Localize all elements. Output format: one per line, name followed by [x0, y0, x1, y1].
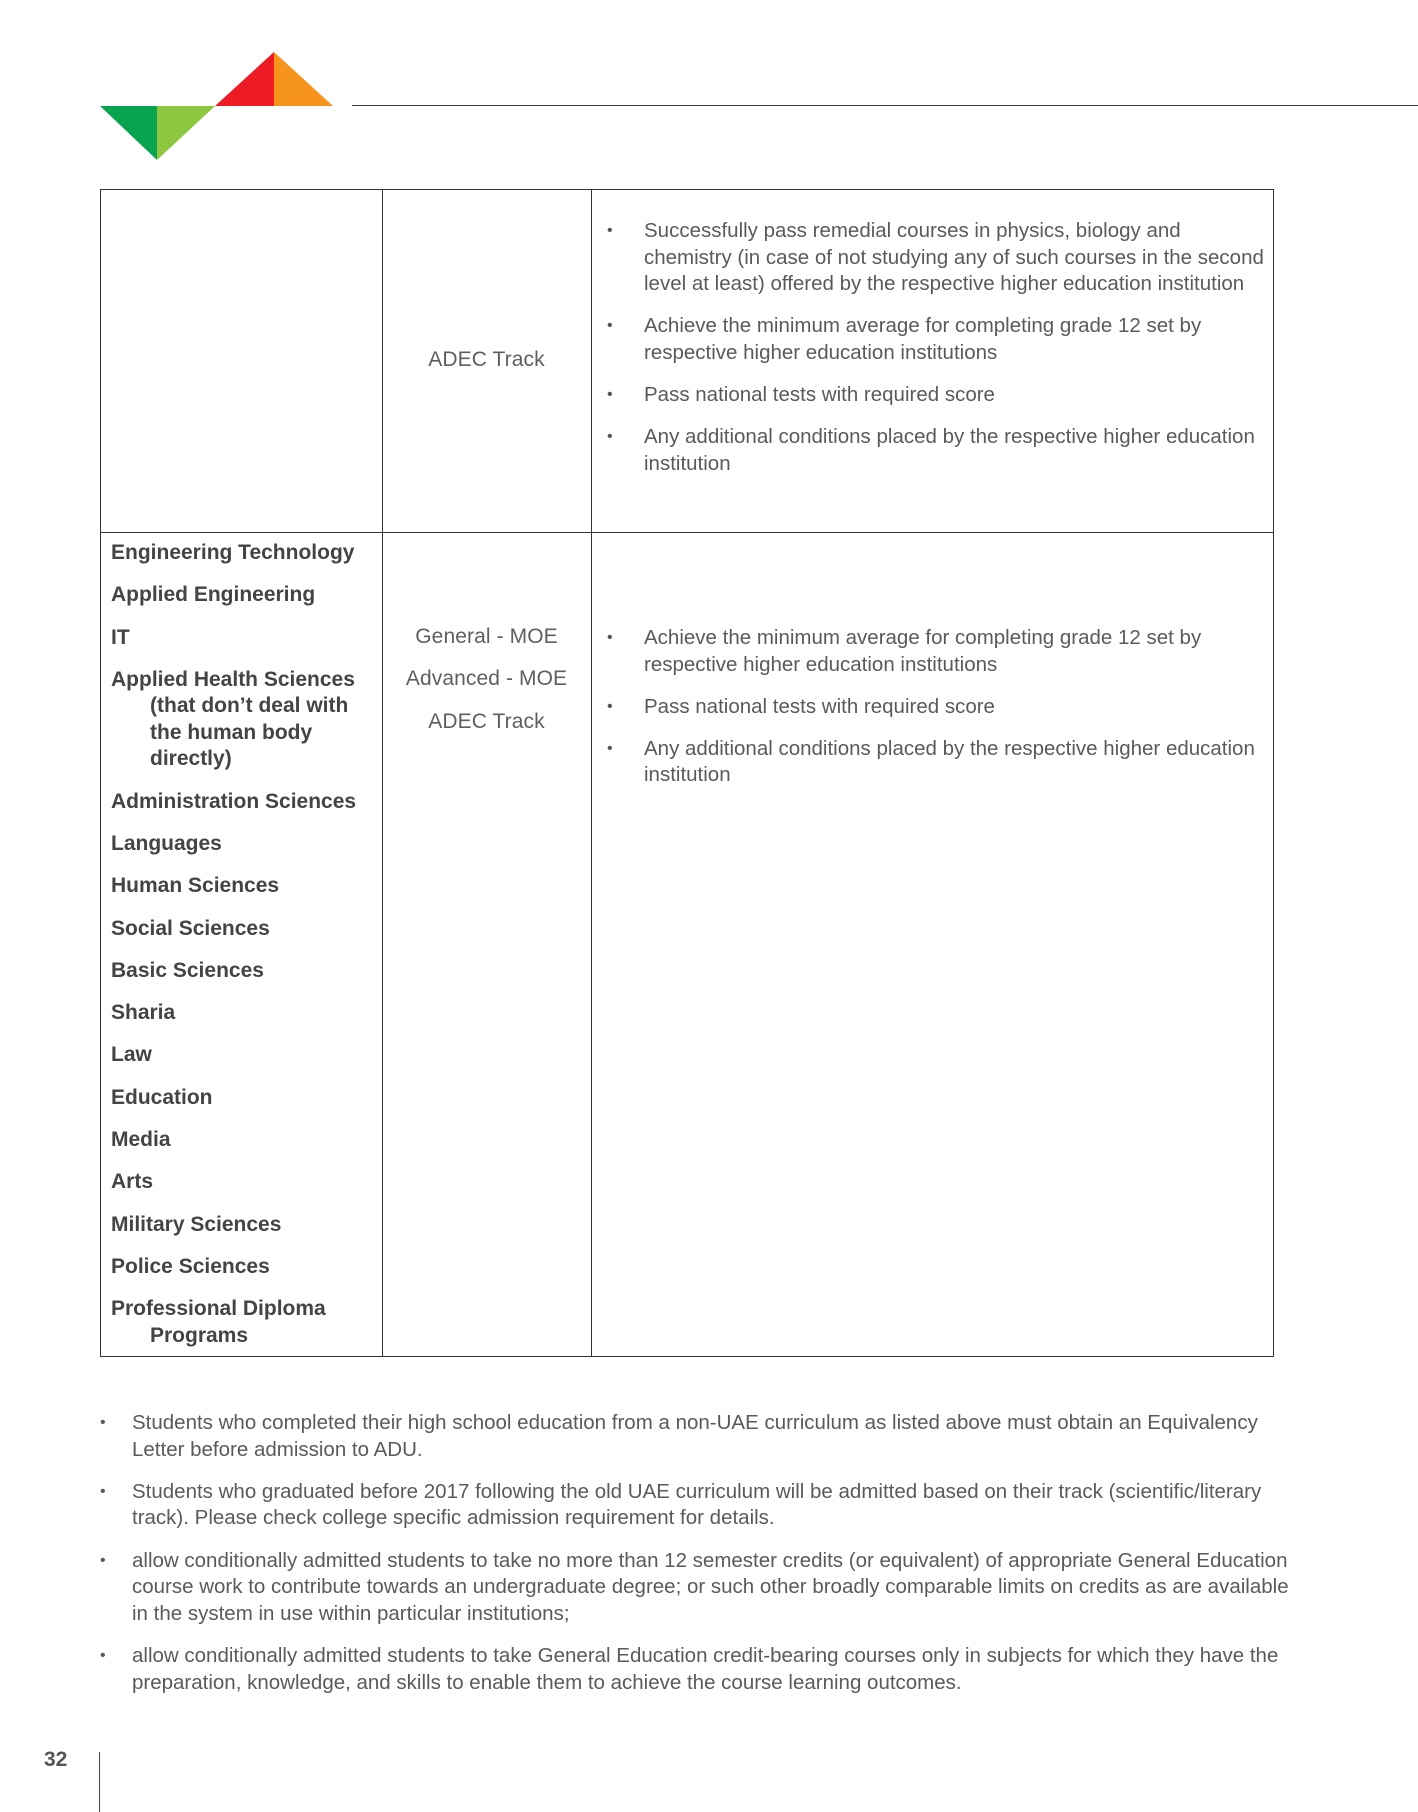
program-name: Basic Sciences	[111, 958, 376, 985]
programs-cell-row-2: Engineering TechnologyApplied Engineerin…	[111, 540, 376, 1365]
bullet-icon: •	[100, 1410, 106, 1437]
program-name: IT	[111, 625, 376, 652]
logo-light-green-triangle	[157, 106, 215, 160]
requirements-list: •Achieve the minimum average for complet…	[592, 625, 1272, 789]
program-name: Police Sciences	[111, 1254, 376, 1281]
admission-requirements-table: ADEC Track •Successfully pass remedial c…	[100, 189, 1274, 1357]
bullet-icon: •	[607, 382, 613, 409]
requirements-cell-row-1: •Successfully pass remedial courses in p…	[592, 218, 1272, 493]
list-item-text: Achieve the minimum average for completi…	[644, 626, 1201, 676]
list-item-text: Students who completed their high school…	[132, 1411, 1258, 1461]
track-label: Advanced - MOE	[382, 667, 591, 691]
list-item-text: Any additional conditions placed by the …	[644, 737, 1255, 787]
program-name: Applied Health Sciences (that don’t deal…	[111, 667, 376, 773]
list-item-text: allow conditionally admitted students to…	[132, 1549, 1289, 1625]
program-name: Engineering Technology	[111, 540, 376, 567]
list-item-text: Successfully pass remedial courses in ph…	[644, 219, 1264, 295]
bullet-icon: •	[100, 1479, 106, 1506]
track-label: General - MOE	[382, 625, 591, 649]
program-name: Sharia	[111, 1000, 376, 1027]
logo-red-triangle	[215, 52, 274, 106]
university-logo-icon	[100, 52, 334, 162]
list-item: •Any additional conditions placed by the…	[592, 736, 1272, 789]
bullet-icon: •	[607, 736, 613, 763]
list-item-text: Pass national tests with required score	[644, 383, 995, 406]
list-item: •Pass national tests with required score	[592, 382, 1272, 409]
bullet-icon: •	[607, 424, 613, 451]
list-item-text: Students who graduated before 2017 follo…	[132, 1480, 1261, 1530]
program-name: Professional Diploma Programs	[111, 1296, 376, 1349]
program-name: Languages	[111, 831, 376, 858]
program-name: Education	[111, 1085, 376, 1112]
tracks-cell-row-1: ADEC Track	[382, 190, 591, 532]
admission-notes: •Students who completed their high schoo…	[100, 1410, 1300, 1712]
list-item: •Students who completed their high schoo…	[100, 1410, 1300, 1463]
page-number: 32	[44, 1748, 67, 1772]
program-list: Engineering TechnologyApplied Engineerin…	[111, 540, 376, 1349]
tracks-cell-row-2: General - MOE Advanced - MOE ADEC Track	[382, 533, 591, 1033]
list-item: •allow conditionally admitted students t…	[100, 1643, 1300, 1696]
list-item: •Pass national tests with required score	[592, 694, 1272, 721]
list-item-text: Any additional conditions placed by the …	[644, 425, 1255, 475]
bullet-icon: •	[607, 625, 613, 652]
header-rule	[352, 105, 1418, 106]
list-item-text: Pass national tests with required score	[644, 695, 995, 718]
list-item-text: Achieve the minimum average for completi…	[644, 314, 1201, 364]
bullet-icon: •	[100, 1548, 106, 1575]
program-name: Administration Sciences	[111, 789, 376, 816]
programs-cell-row-1	[101, 190, 382, 532]
program-name: Human Sciences	[111, 873, 376, 900]
list-item-text: allow conditionally admitted students to…	[132, 1644, 1278, 1694]
list-item: •Achieve the minimum average for complet…	[592, 313, 1272, 366]
notes-list: •Students who completed their high schoo…	[100, 1410, 1300, 1696]
program-name: Social Sciences	[111, 916, 376, 943]
list-item: • allow conditionally admitted students …	[100, 1548, 1300, 1628]
list-item: •Achieve the minimum average for complet…	[592, 625, 1272, 678]
bullet-icon: •	[607, 694, 613, 721]
bullet-icon: •	[607, 218, 613, 245]
logo-dark-green-triangle	[100, 106, 157, 160]
row-divider	[101, 532, 1273, 533]
logo-orange-triangle	[274, 52, 333, 106]
program-name: Arts	[111, 1169, 376, 1196]
program-name: Military Sciences	[111, 1212, 376, 1239]
list-item: • Students who graduated before 2017 fol…	[100, 1479, 1300, 1532]
list-item: •Any additional conditions placed by the…	[592, 424, 1272, 477]
program-name: Media	[111, 1127, 376, 1154]
bullet-icon: •	[607, 313, 613, 340]
bullet-icon: •	[100, 1643, 106, 1670]
requirements-cell-row-2: •Achieve the minimum average for complet…	[592, 625, 1272, 804]
list-item: •Successfully pass remedial courses in p…	[592, 218, 1272, 298]
program-name: Law	[111, 1042, 376, 1069]
program-name: Applied Engineering	[111, 582, 376, 609]
requirements-list: •Successfully pass remedial courses in p…	[592, 218, 1272, 477]
track-label: ADEC Track	[382, 710, 591, 734]
track-label: ADEC Track	[382, 348, 591, 372]
footer-rule	[99, 1752, 100, 1812]
